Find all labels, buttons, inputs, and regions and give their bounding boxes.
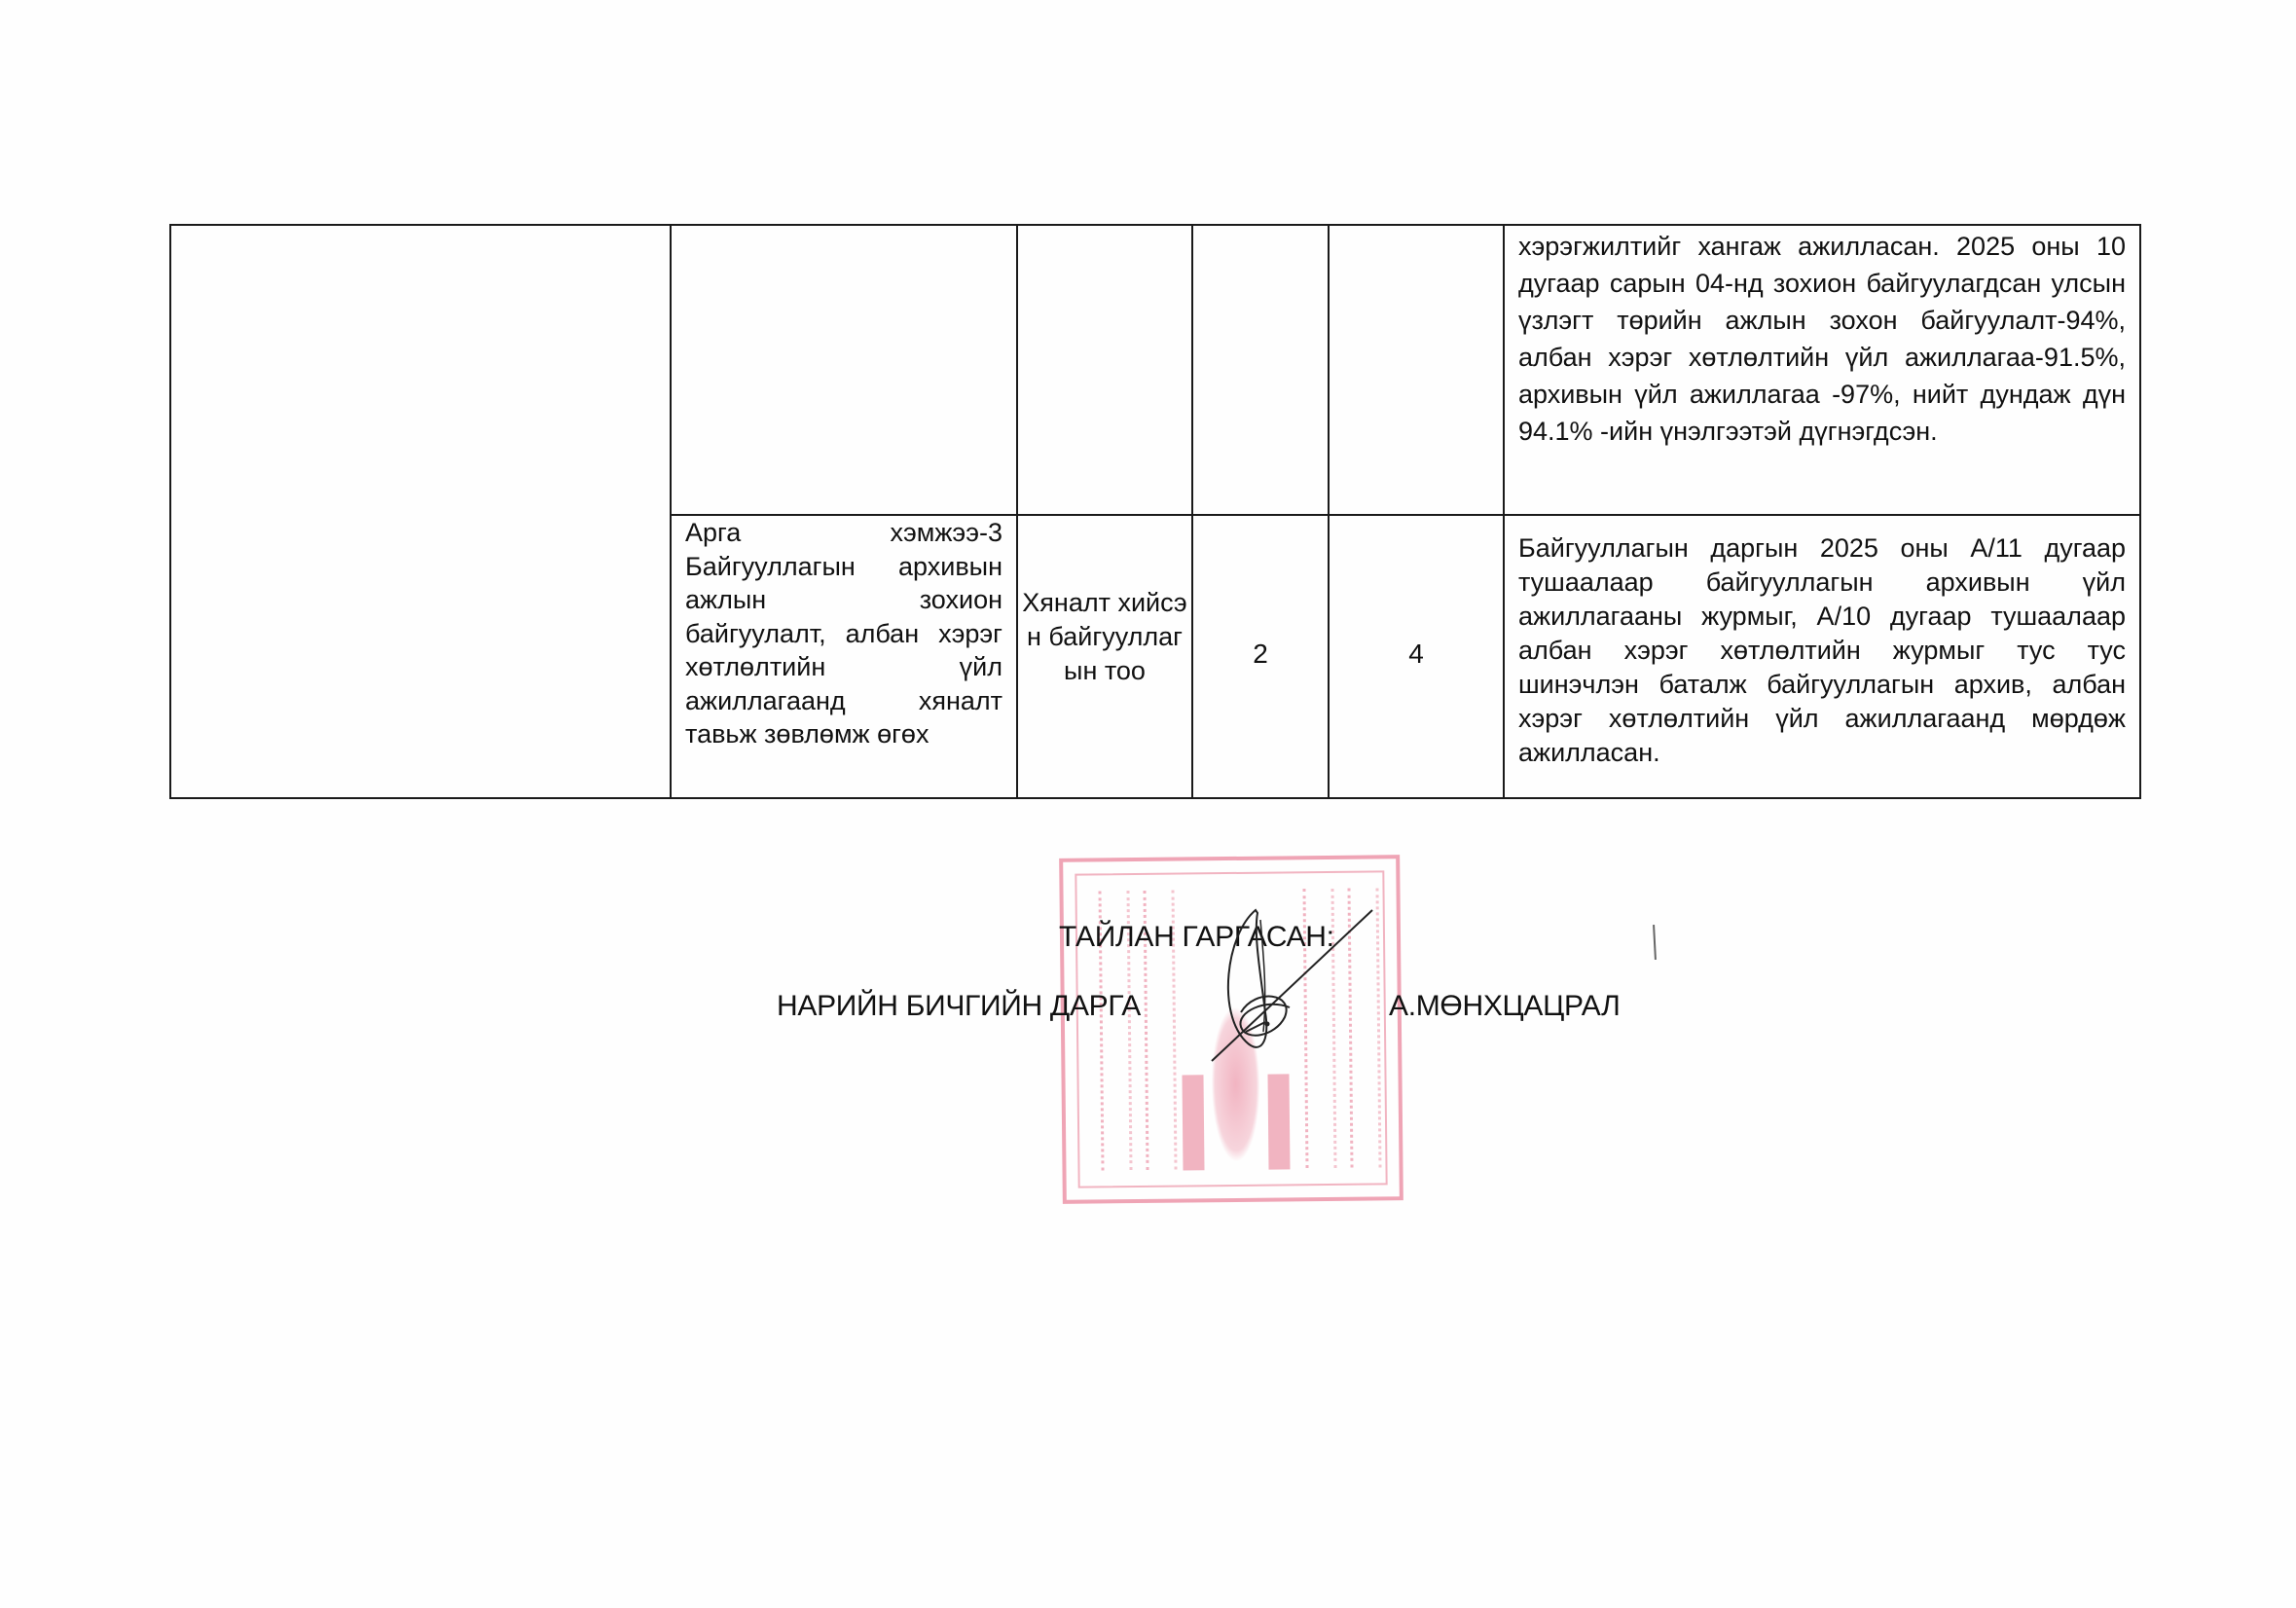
handwritten-signature-icon	[1207, 895, 1382, 1080]
stamp-emblem-bar	[1267, 1074, 1290, 1169]
baseline-cell-row-1	[1191, 224, 1328, 514]
goal-cell-row-2	[169, 514, 670, 799]
target-value-row-2: 4	[1330, 639, 1503, 670]
result-cell-row-2: Байгууллагын даргын 2025 оны А/11 дугаар…	[1503, 514, 2141, 799]
stamp-emblem-bar	[1182, 1075, 1204, 1170]
result-text-row-2: Байгууллагын даргын 2025 оны А/11 дугаар…	[1518, 531, 2126, 770]
indicator-text-row-2: Хяналт хийсэн байгууллагын тоо	[1022, 586, 1187, 688]
pen-mark	[1653, 925, 1657, 960]
document-page: хэрэгжилтийг хангаж ажилласан. 2025 оны …	[0, 0, 2296, 1608]
indicator-cell-row-1	[1016, 224, 1191, 514]
baseline-value-row-2: 2	[1193, 639, 1328, 670]
target-cell-row-2: 4	[1328, 514, 1503, 799]
signatory-name: А.МӨНХЦАЦРАЛ	[1389, 990, 1621, 1023]
target-cell-row-1	[1328, 224, 1503, 514]
measure-cell-row-1	[670, 224, 1016, 514]
result-text-row-1: хэрэгжилтийг хангаж ажилласан. 2025 оны …	[1518, 228, 2126, 450]
measure-text-row-2: Арга хэмжээ-3 Байгууллагын архивын ажлын…	[685, 516, 1002, 751]
baseline-cell-row-2: 2	[1191, 514, 1328, 799]
measure-cell-row-2: Арга хэмжээ-3 Байгууллагын архивын ажлын…	[670, 514, 1016, 799]
result-cell-row-1: хэрэгжилтийг хангаж ажилласан. 2025 оны …	[1503, 224, 2141, 514]
goal-cell-row-1	[169, 224, 670, 514]
signatory-position: НАРИЙН БИЧГИЙН ДАРГА	[777, 990, 1141, 1023]
indicator-cell-row-2: Хяналт хийсэн байгууллагын тоо	[1016, 514, 1191, 799]
